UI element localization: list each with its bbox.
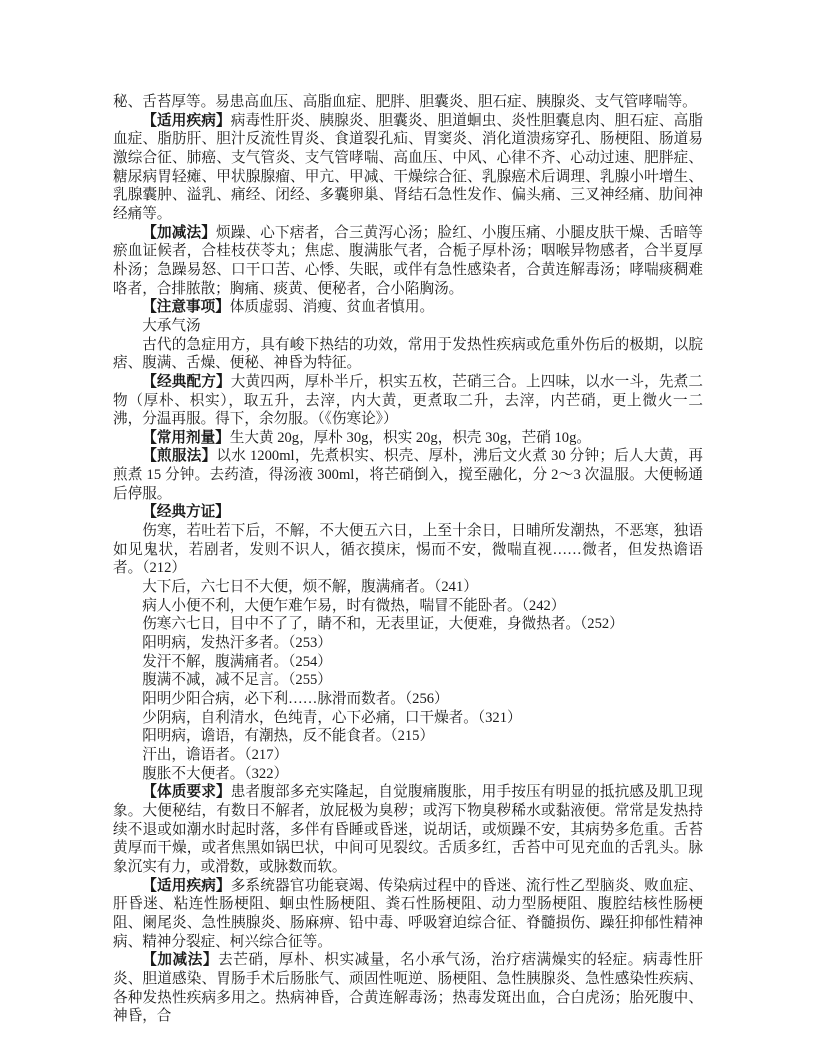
decoction-method-paragraph: 【煎服法】以水 1200ml，先煮枳实、枳壳、厚朴，沸后文火煮 30 分钟；后人… (113, 447, 703, 503)
paragraph-text: 古代的急症用方，具有峻下热结的功效，常用于发热性疾病或危重外伤后的极期，以脘痞、… (113, 337, 703, 372)
paragraph-text: 病毒性肝炎、胰腺炎、胆囊炎、胆道蛔虫、炎性胆囊息肉、胆石症、高脂血症、脂肪肝、胆… (113, 113, 703, 222)
paragraph-text: 阳明病，谵语，有潮热，反不能食者。（215） (142, 728, 434, 744)
constitution-requirements-paragraph: 【体质要求】患者腹部多充实隆起，自觉腹痛腹胀，用手按压有明显的抵抗感及肌卫现象。… (113, 783, 703, 876)
applicable-diseases-paragraph-2: 【适用疾病】多系统器官功能衰竭、传染病过程中的昏迷、流行性乙型脑炎、败血症、肝昏… (113, 877, 703, 952)
section-label: 【常用剂量】 (142, 430, 230, 446)
classic-formula-paragraph: 【经典配方】大黄四两，厚朴半斤，枳实五枚，芒硝三合。上四味，以水一斗，先煮二物（… (113, 373, 703, 429)
indication-item-217: 汗出，谵语者。（217） (113, 746, 703, 765)
formula-intro-paragraph: 古代的急症用方，具有峻下热结的功效，常用于发热性疾病或危重外伤后的极期，以脘痞、… (113, 336, 703, 373)
classic-indications-heading: 【经典方证】 (113, 503, 703, 522)
indication-item-242: 病人小便不利，大便乍难乍易，时有微热，喘冒不能卧者。（242） (113, 597, 703, 616)
section-label: 【经典方证】 (142, 504, 230, 520)
section-label: 【煎服法】 (142, 448, 216, 464)
paragraph-text: 生大黄 20g，厚朴 30g，枳实 20g，枳壳 30g，芒硝 10g。 (230, 430, 591, 446)
paragraph-text: 腹胀不大便者。（322） (142, 766, 288, 782)
precautions-paragraph: 【注意事项】体质虚弱、消瘦、贫血者慎用。 (113, 298, 703, 317)
modifications-paragraph-1: 【加减法】烦躁、心下痞者，合三黄泻心汤；脸红、小腹压痛、小腿皮肤干燥、舌暗等瘀血… (113, 224, 703, 299)
indication-item-253: 阳明病，发热汗多者。（253） (113, 634, 703, 653)
paragraph-text: 伤寒六七日，目中不了了，睛不和，无表里证，大便难，身微热者。（252） (142, 616, 624, 632)
indication-item-215: 阳明病，谵语，有潮热，反不能食者。（215） (113, 727, 703, 746)
document-body: 秘、舌苔厚等。易患高血压、高脂血症、肥胖、胆囊炎、胆石症、胰腺炎、支气管哮喘等。… (113, 93, 703, 1026)
paragraph-text: 阳明少阳合病，必下利……脉滑而数者。（256） (142, 691, 448, 707)
indication-item-321: 少阴病，自利清水，色纯青，心下必痛，口干燥者。（321） (113, 709, 703, 728)
indication-item-241: 大下后，六七日不大便，烦不解，腹满痛者。（241） (113, 578, 703, 597)
paragraph-text: 阳明病，发热汗多者。（253） (142, 635, 332, 651)
indication-item-322: 腹胀不大便者。（322） (113, 765, 703, 784)
section-label: 【加减法】 (142, 225, 216, 241)
document-page: 秘、舌苔厚等。易患高血压、高脂血症、肥胖、胆囊炎、胆石症、胰腺炎、支气管哮喘等。… (0, 0, 816, 1056)
section-label: 【体质要求】 (142, 784, 231, 800)
indication-item-252: 伤寒六七日，目中不了了，睛不和，无表里证，大便难，身微热者。（252） (113, 615, 703, 634)
modifications-paragraph-2: 【加减法】去芒硝，厚朴、枳实减量，名小承气汤，治疗痞满燥实的轻症。病毒性肝炎、胆… (113, 951, 703, 1026)
paragraph-text: 汗出，谵语者。（217） (142, 747, 288, 763)
indication-item-254: 发汗不解，腹满痛者。（254） (113, 653, 703, 672)
paragraph-text: 少阴病，自利清水，色纯青，心下必痛，口干燥者。（321） (142, 710, 521, 726)
paragraph-text: 大下后，六七日不大便，烦不解，腹满痛者。（241） (142, 579, 478, 595)
paragraph-text: 病人小便不利，大便乍难乍易，时有微热，喘冒不能卧者。（242） (142, 598, 565, 614)
section-label: 【注意事项】 (142, 299, 230, 315)
section-label: 【适用疾病】 (142, 878, 231, 894)
paragraph-text: 发汗不解，腹满痛者。（254） (142, 654, 332, 670)
section-label: 【经典配方】 (142, 374, 231, 390)
section-label: 【适用疾病】 (142, 113, 231, 129)
indication-item-212: 伤寒，若吐若下后，不解，不大便五六日，上至十余日，日晡所发潮热，不恶寒，独语如见… (113, 522, 703, 578)
paragraph-text: 秘、舌苔厚等。易患高血压、高脂血症、肥胖、胆囊炎、胆石症、胰腺炎、支气管哮喘等。 (113, 94, 697, 110)
indication-item-255: 腹满不减，减不足言。（255） (113, 671, 703, 690)
continuation-paragraph: 秘、舌苔厚等。易患高血压、高脂血症、肥胖、胆囊炎、胆石症、胰腺炎、支气管哮喘等。 (113, 93, 703, 112)
common-dosage-paragraph: 【常用剂量】生大黄 20g，厚朴 30g，枳实 20g，枳壳 30g，芒硝 10… (113, 429, 703, 448)
indication-item-256: 阳明少阳合病，必下利……脉滑而数者。（256） (113, 690, 703, 709)
paragraph-text: 体质虚弱、消瘦、贫血者慎用。 (230, 299, 434, 315)
paragraph-text: 伤寒，若吐若下后，不解，不大便五六日，上至十余日，日晡所发潮热，不恶寒，独语如见… (113, 523, 703, 576)
section-label: 【加减法】 (142, 952, 218, 968)
formula-title: 大承气汤 (113, 317, 703, 336)
paragraph-text: 大承气汤 (142, 318, 200, 334)
applicable-diseases-paragraph-1: 【适用疾病】病毒性肝炎、胰腺炎、胆囊炎、胆道蛔虫、炎性胆囊息肉、胆石症、高脂血症… (113, 112, 703, 224)
paragraph-text: 腹满不减，减不足言。（255） (142, 672, 332, 688)
